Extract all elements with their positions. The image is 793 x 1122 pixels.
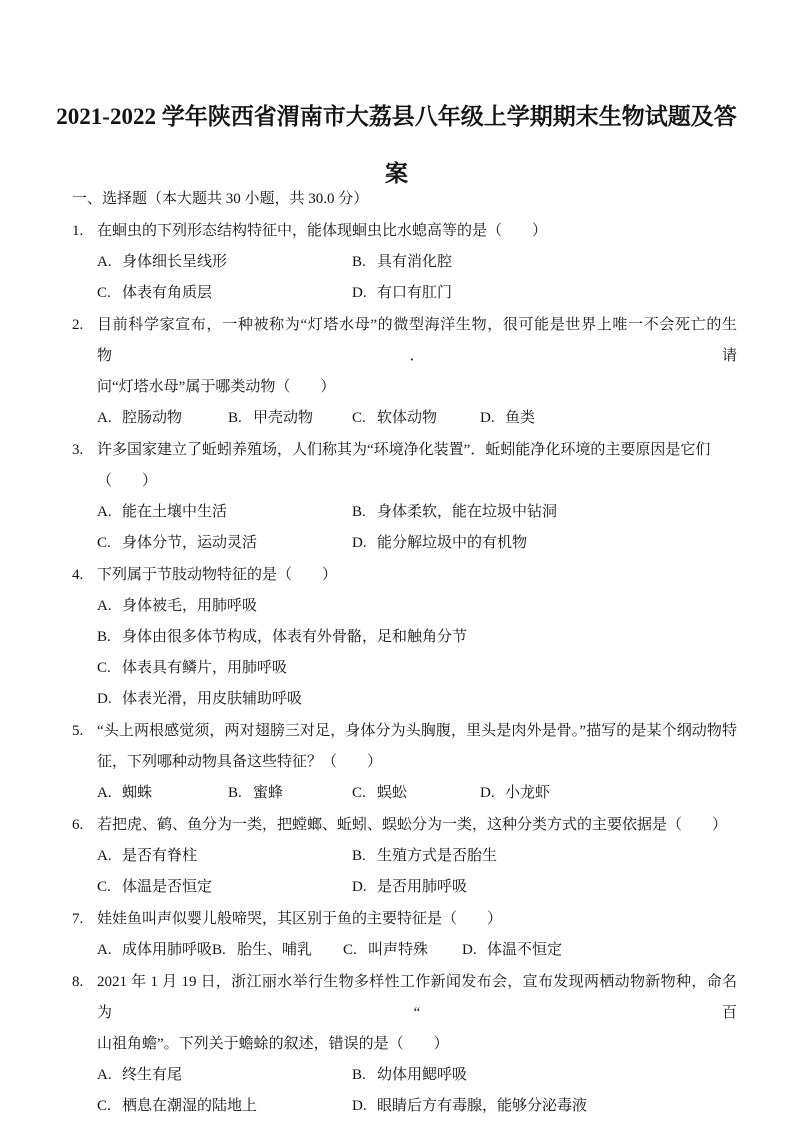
option-letter: A.	[97, 247, 122, 278]
option-letter: B.	[228, 403, 253, 434]
option: A.腔肠动物	[97, 403, 228, 434]
question-number: 6.	[72, 810, 83, 841]
question-number: 3.	[72, 435, 83, 466]
question-stem-line: 下列属于节肢动物特征的是（ ）	[97, 560, 737, 591]
question-number: 8.	[72, 967, 83, 998]
option-letter: A.	[97, 497, 122, 528]
option-text: 体表光滑，用皮肤辅助呼吸	[122, 691, 302, 707]
option: B.蜜蜂	[228, 778, 352, 809]
option: B.身体由很多体节构成，体表有外骨骼，足和触角分节	[97, 622, 737, 653]
option-letter: A.	[97, 935, 122, 966]
question-stem-line: 目前科学家宣布，一种被称为“灯塔水母”的微型海洋生物，很可能是世界上唯一不会死亡…	[97, 310, 737, 372]
option: A.身体细长呈线形	[97, 247, 352, 278]
option-letter: B.	[228, 778, 253, 809]
option-letter: C.	[97, 278, 122, 309]
option-letter: D.	[352, 278, 377, 309]
option: D.体温不恒定	[462, 935, 737, 966]
option-letter: A.	[97, 841, 122, 872]
option-text: 蜜蜂	[253, 785, 283, 801]
option-text: 腔肠动物	[122, 410, 182, 426]
option-text: 叫声特殊	[368, 942, 428, 958]
option-text: 眼睛后方有毒腺，能够分泌毒液	[377, 1098, 587, 1114]
question-stem-line: 问“灯塔水母”属于哪类动物（ ）	[97, 372, 737, 403]
question-number: 7.	[72, 904, 83, 935]
option: C.体表有角质层	[97, 278, 352, 309]
question-options: A.是否有脊柱B.生殖方式是否胎生C.体温是否恒定D.是否用肺呼吸	[97, 841, 737, 903]
option: C.栖息在潮湿的陆地上	[97, 1091, 352, 1122]
question-options: A.蜘蛛B.蜜蜂C.蜈蚣D.小龙虾	[97, 778, 737, 809]
question: 2.目前科学家宣布，一种被称为“灯塔水母”的微型海洋生物，很可能是世界上唯一不会…	[72, 310, 737, 434]
option-text: 是否用肺呼吸	[377, 879, 467, 895]
option-text: 身体由很多体节构成，体表有外骨骼，足和触角分节	[122, 629, 467, 645]
option-text: 体表有角质层	[122, 285, 212, 301]
option-text: 能在土壤中生活	[122, 504, 227, 520]
option-letter: A.	[97, 591, 122, 622]
option-text: 身体柔软，能在垃圾中钻洞	[377, 504, 557, 520]
question-stem-line: 娃娃鱼叫声似婴儿般啼哭，其区别于鱼的主要特征是（ ）	[97, 904, 737, 935]
option-letter: B.	[352, 841, 377, 872]
option-text: 终生有尾	[122, 1067, 182, 1083]
option-letter: B.	[352, 247, 377, 278]
option-letter: C.	[352, 403, 377, 434]
option: C.叫声特殊	[343, 935, 462, 966]
option-text: 蜘蛛	[122, 785, 152, 801]
question-stem-line: “头上两根感觉须，两对翅膀三对足，身体分为头胸腹，里头是肉外是骨。”描写的是某个…	[97, 716, 737, 747]
option-text: 有口有肛门	[377, 285, 452, 301]
section-heading: 一、选择题（本大题共 30 小题，共 30.0 分）	[72, 184, 737, 215]
option: D.是否用肺呼吸	[352, 872, 737, 903]
option-letter: D.	[352, 872, 377, 903]
option-letter: A.	[97, 1060, 122, 1091]
question-number: 1.	[72, 216, 83, 247]
question-list: 1.在蛔虫的下列形态结构特征中，能体现蛔虫比水螅高等的是（ ）A.身体细长呈线形…	[72, 216, 737, 1122]
option: A.是否有脊柱	[97, 841, 352, 872]
option-letter: C.	[97, 528, 122, 559]
option-letter: B.	[97, 622, 122, 653]
question-stem-line: 许多国家建立了蚯蚓养殖场，人们称其为“环境净化装置”．蚯蚓能净化环境的主要原因是…	[97, 435, 737, 497]
option: B.幼体用鳃呼吸	[352, 1060, 737, 1091]
question: 6.若把虎、鹤、鱼分为一类，把螳螂、蚯蚓、蜈蚣分为一类，这种分类方式的主要依据是…	[72, 810, 737, 903]
option: D.小龙虾	[480, 778, 737, 809]
paper-title-line1: 2021-2022 学年陕西省渭南市大荔县八年级上学期期末生物试题及答	[0, 88, 793, 145]
option: C.软体动物	[352, 403, 480, 434]
question: 1.在蛔虫的下列形态结构特征中，能体现蛔虫比水螅高等的是（ ）A.身体细长呈线形…	[72, 216, 737, 309]
option-letter: D.	[352, 1091, 377, 1122]
option-text: 胎生、哺乳	[237, 942, 312, 958]
option: B.生殖方式是否胎生	[352, 841, 737, 872]
question-stem-line: 若把虎、鹤、鱼分为一类，把螳螂、蚯蚓、蜈蚣分为一类，这种分类方式的主要依据是（ …	[97, 810, 737, 841]
option-text: 蜈蚣	[377, 785, 407, 801]
question-number: 5.	[72, 716, 83, 747]
option-text: 生殖方式是否胎生	[377, 848, 497, 864]
option-letter: B.	[352, 497, 377, 528]
option: D.鱼类	[480, 403, 737, 434]
question-number: 4.	[72, 560, 83, 591]
option: C.蜈蚣	[352, 778, 480, 809]
option-text: 栖息在潮湿的陆地上	[122, 1098, 257, 1114]
question: 3.许多国家建立了蚯蚓养殖场，人们称其为“环境净化装置”．蚯蚓能净化环境的主要原…	[72, 435, 737, 559]
option-letter: C.	[343, 935, 368, 966]
question-options: A.终生有尾B.幼体用鳃呼吸C.栖息在潮湿的陆地上D.眼睛后方有毒腺，能够分泌毒…	[97, 1060, 737, 1122]
option-text: 体温不恒定	[487, 942, 562, 958]
option-letter: D.	[352, 528, 377, 559]
option: D.能分解垃圾中的有机物	[352, 528, 737, 559]
option-letter: D.	[462, 935, 487, 966]
option-text: 身体分节，运动灵活	[122, 535, 257, 551]
option: C.体温是否恒定	[97, 872, 352, 903]
option-text: 具有消化腔	[377, 254, 452, 270]
option: D.眼睛后方有毒腺，能够分泌毒液	[352, 1091, 737, 1122]
option-letter: C.	[97, 653, 122, 684]
option-letter: A.	[97, 778, 122, 809]
option-text: 身体被毛，用肺呼吸	[122, 598, 257, 614]
option-text: 是否有脊柱	[122, 848, 197, 864]
option-text: 身体细长呈线形	[122, 254, 227, 270]
option-text: 甲壳动物	[253, 410, 313, 426]
question: 7.娃娃鱼叫声似婴儿般啼哭，其区别于鱼的主要特征是（ ）A.成体用肺呼吸B.胎生…	[72, 904, 737, 966]
question-options: A.身体被毛，用肺呼吸B.身体由很多体节构成，体表有外骨骼，足和触角分节C.体表…	[97, 591, 737, 715]
option-text: 软体动物	[377, 410, 437, 426]
option-letter: B.	[212, 935, 237, 966]
question-stem-line: 在蛔虫的下列形态结构特征中，能体现蛔虫比水螅高等的是（ ）	[97, 216, 737, 247]
question-stem-line: 山祖角蟾”。下列关于蟾蜍的叙述，错误的是（ ）	[97, 1029, 737, 1060]
option: A.终生有尾	[97, 1060, 352, 1091]
question-options: A.身体细长呈线形B.具有消化腔C.体表有角质层D.有口有肛门	[97, 247, 737, 309]
option: B.身体柔软，能在垃圾中钻洞	[352, 497, 737, 528]
option: D.体表光滑，用皮肤辅助呼吸	[97, 684, 737, 715]
option: A.能在土壤中生活	[97, 497, 352, 528]
option: B.甲壳动物	[228, 403, 352, 434]
option: A.蜘蛛	[97, 778, 228, 809]
option-letter: D.	[480, 403, 505, 434]
option-letter: D.	[97, 684, 122, 715]
option-letter: A.	[97, 403, 122, 434]
question-number: 2.	[72, 310, 83, 341]
question-options: A.成体用肺呼吸B.胎生、哺乳C.叫声特殊D.体温不恒定	[97, 935, 737, 966]
option-letter: B.	[352, 1060, 377, 1091]
paper-body: 一、选择题（本大题共 30 小题，共 30.0 分） 1.在蛔虫的下列形态结构特…	[72, 184, 737, 1122]
option-text: 成体用肺呼吸	[122, 942, 212, 958]
option-text: 鱼类	[505, 410, 535, 426]
option-text: 能分解垃圾中的有机物	[377, 535, 527, 551]
question-options: A.腔肠动物B.甲壳动物C.软体动物D.鱼类	[97, 403, 737, 434]
option-text: 小龙虾	[505, 785, 550, 801]
option-text: 幼体用鳃呼吸	[377, 1067, 467, 1083]
option-letter: D.	[480, 778, 505, 809]
option-letter: C.	[97, 872, 122, 903]
option: D.有口有肛门	[352, 278, 737, 309]
option: B.胎生、哺乳	[212, 935, 343, 966]
question-options: A.能在土壤中生活B.身体柔软，能在垃圾中钻洞C.身体分节，运动灵活D.能分解垃…	[97, 497, 737, 559]
option-text: 体表具有鳞片，用肺呼吸	[122, 660, 287, 676]
option: C.体表具有鳞片，用肺呼吸	[97, 653, 737, 684]
option: A.身体被毛，用肺呼吸	[97, 591, 737, 622]
question: 8.2021 年 1 月 19 日，浙江丽水举行生物多样性工作新闻发布会，宣布发…	[72, 967, 737, 1122]
option: A.成体用肺呼吸	[97, 935, 212, 966]
option: B.具有消化腔	[352, 247, 737, 278]
option-letter: C.	[97, 1091, 122, 1122]
question: 5.“头上两根感觉须，两对翅膀三对足，身体分为头胸腹，里头是肉外是骨。”描写的是…	[72, 716, 737, 809]
question-stem-line: 征，下列哪种动物具备这些特征？（ ）	[97, 747, 737, 778]
option: C.身体分节，运动灵活	[97, 528, 352, 559]
option-text: 体温是否恒定	[122, 879, 212, 895]
question-stem-line: 2021 年 1 月 19 日，浙江丽水举行生物多样性工作新闻发布会，宣布发现两…	[97, 967, 737, 1029]
exam-paper-page: 2021-2022 学年陕西省渭南市大荔县八年级上学期期末生物试题及答 案 一、…	[0, 0, 793, 1122]
question: 4.下列属于节肢动物特征的是（ ）A.身体被毛，用肺呼吸B.身体由很多体节构成，…	[72, 560, 737, 715]
option-letter: C.	[352, 778, 377, 809]
